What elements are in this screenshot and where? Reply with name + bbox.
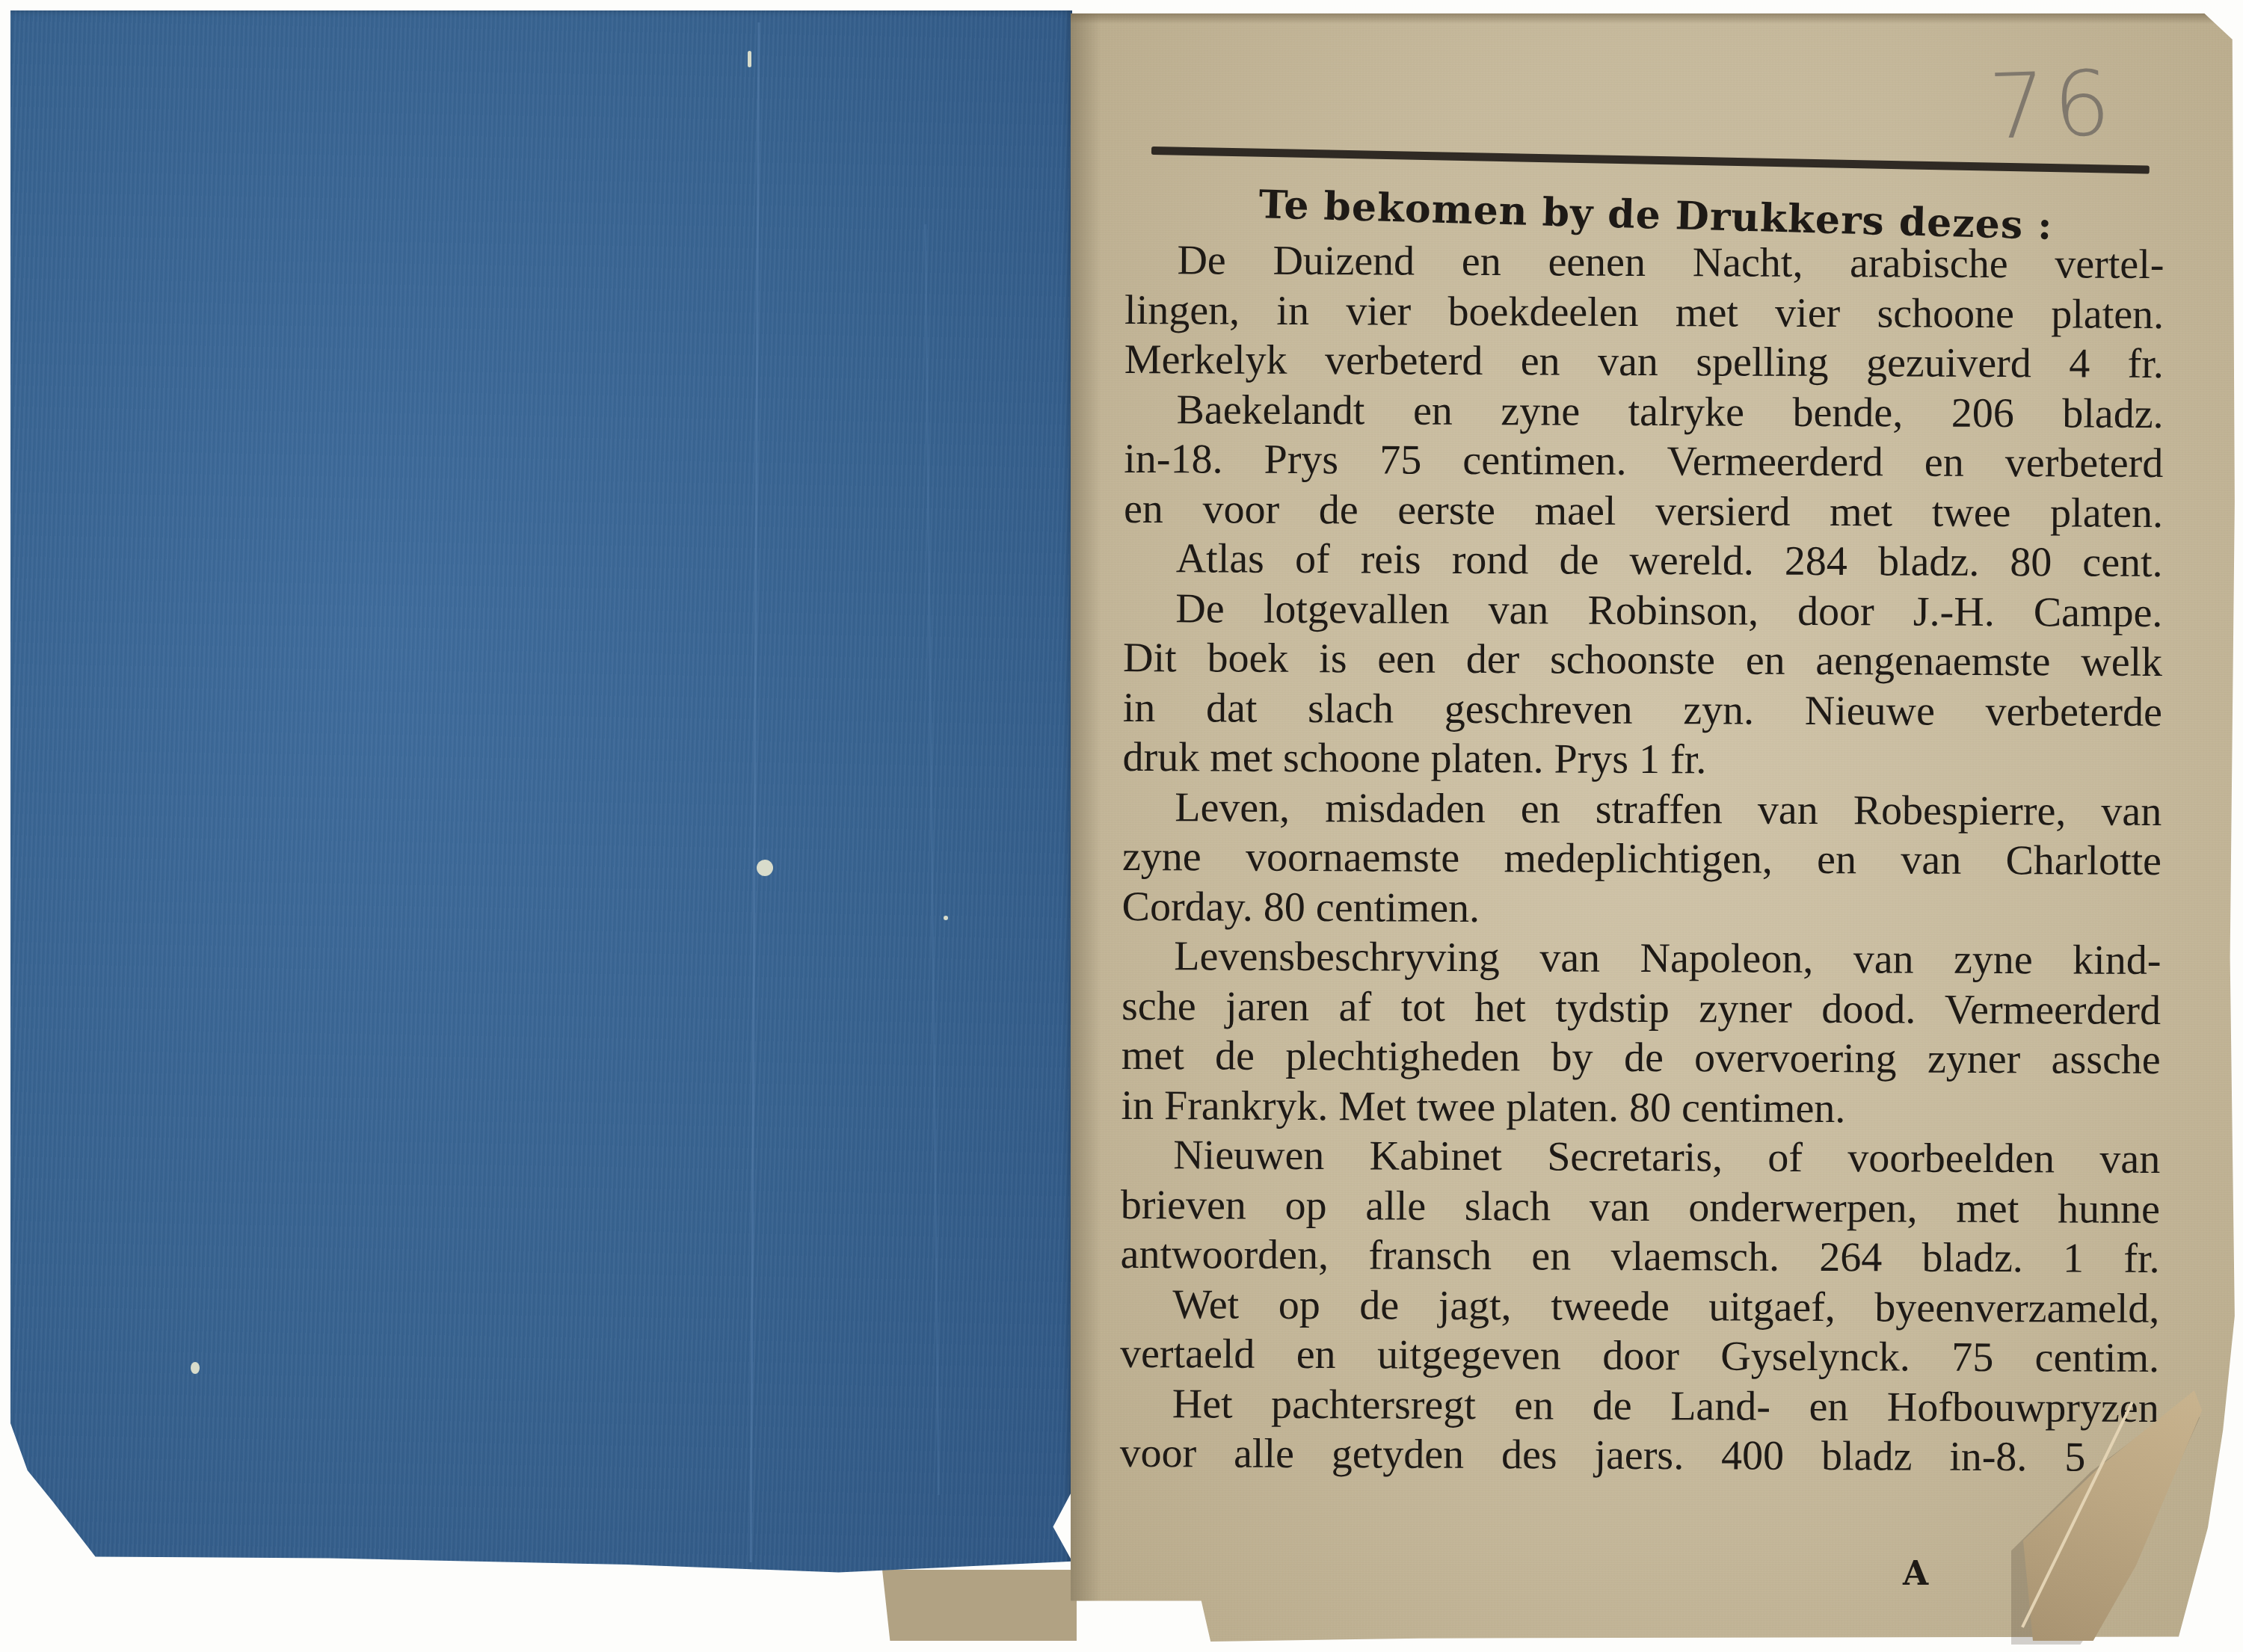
text-line: Leven, misdaden en straffen van Robespie… <box>1122 782 2162 836</box>
page-gutter-shadow <box>1071 13 1101 1642</box>
page-top-edge <box>1071 13 2237 24</box>
text-line: met de plechtigheden by de overvoering z… <box>1121 1031 2161 1085</box>
text-line: Dit boek is een der schoonste en aengena… <box>1123 633 2162 688</box>
entry-kabinet-secretaris: Nieuwen Kabinet Secretaris, of voorbeeld… <box>1121 1130 2161 1284</box>
page-edge-under-cover <box>882 1570 1077 1641</box>
entry-robinson: De lotgevallen van Robinson, door J.-H. … <box>1122 583 2162 786</box>
text-line: zyne voornaemste medeplichtigen, en van … <box>1122 832 2162 887</box>
text-line: Het pachtersregt en de Land- en Hofbouwp… <box>1120 1378 2159 1433</box>
text-line: Merkelyk verbeterd en van spelling gezui… <box>1124 335 2164 389</box>
text-line: Baekelandt en zyne talryke bende, 206 bl… <box>1124 384 2163 439</box>
cover-speck <box>748 51 751 67</box>
text-line: Nieuwen Kabinet Secretaris, of voorbeeld… <box>1121 1130 2160 1185</box>
signature-mark: A <box>1903 1555 1928 1593</box>
text-line: antwoorden, fransch en vlaemsch. 264 bla… <box>1121 1230 2160 1284</box>
text-line: druk met schoone platen. Prys 1 fr. <box>1122 733 2162 787</box>
entry-napoleon: Levensbeschryving van Napoleon, van zyne… <box>1121 931 2161 1135</box>
text-line: Levensbeschryving van Napoleon, van zyne… <box>1121 931 2161 986</box>
cover-speck <box>757 860 773 876</box>
text-line: lingen, in vier boekdeelen met vier scho… <box>1124 285 2164 339</box>
text-line: in dat slach geschreven zyn. Nieuwe verb… <box>1123 682 2162 737</box>
text-line: Corday. 80 centimen. <box>1122 881 2162 936</box>
entry-atlas: Atlas of reis rond de wereld. 284 bladz.… <box>1124 534 2163 588</box>
entry-robespierre: Leven, misdaden en straffen van Robespie… <box>1122 782 2162 936</box>
text-line: Atlas of reis rond de wereld. 284 bladz.… <box>1124 534 2163 588</box>
blue-cover <box>10 10 1072 1580</box>
entry-pachtersregt: Het pachtersregt en de Land- en Hofbouwp… <box>1119 1378 2159 1482</box>
text-line: sche jaren af tot het tydstip zyner dood… <box>1121 981 2161 1035</box>
cover-speck <box>191 1362 200 1374</box>
entry-wet-op-de-jagt: Wet op de jagt, tweede uitgaef, byeenver… <box>1120 1279 2160 1383</box>
text-line: en voor de eerste mael versierd met twee… <box>1124 484 2163 538</box>
text-line: in-18. Prys 75 centimen. Vermeerderd en … <box>1124 434 2163 489</box>
printed-text: Te bekomen by de Drukkers dezes : De Dui… <box>1119 168 2164 1483</box>
cover-speck <box>944 916 948 920</box>
text-line: Wet op de jagt, tweede uitgaef, byeenver… <box>1120 1279 2159 1334</box>
handwritten-note: 76 <box>1987 52 2120 160</box>
photo-scene: 76 Te bekomen by de Drukkers dezes : De … <box>0 0 2243 1652</box>
text-line: voor alle getyden des jaers. 400 bladz i… <box>1119 1428 2159 1483</box>
entry-baekelandt: Baekelandt en zyne talryke bende, 206 bl… <box>1124 384 2164 538</box>
text-line: in Frankryk. Met twee platen. 80 centime… <box>1121 1080 2160 1135</box>
text-line: vertaeld en uitgegeven door Gyselynck. 7… <box>1120 1329 2159 1384</box>
text-line: De lotgevallen van Robinson, door J.-H. … <box>1123 583 2162 638</box>
text-line: brieven op alle slach van onderwerpen, m… <box>1121 1180 2160 1234</box>
